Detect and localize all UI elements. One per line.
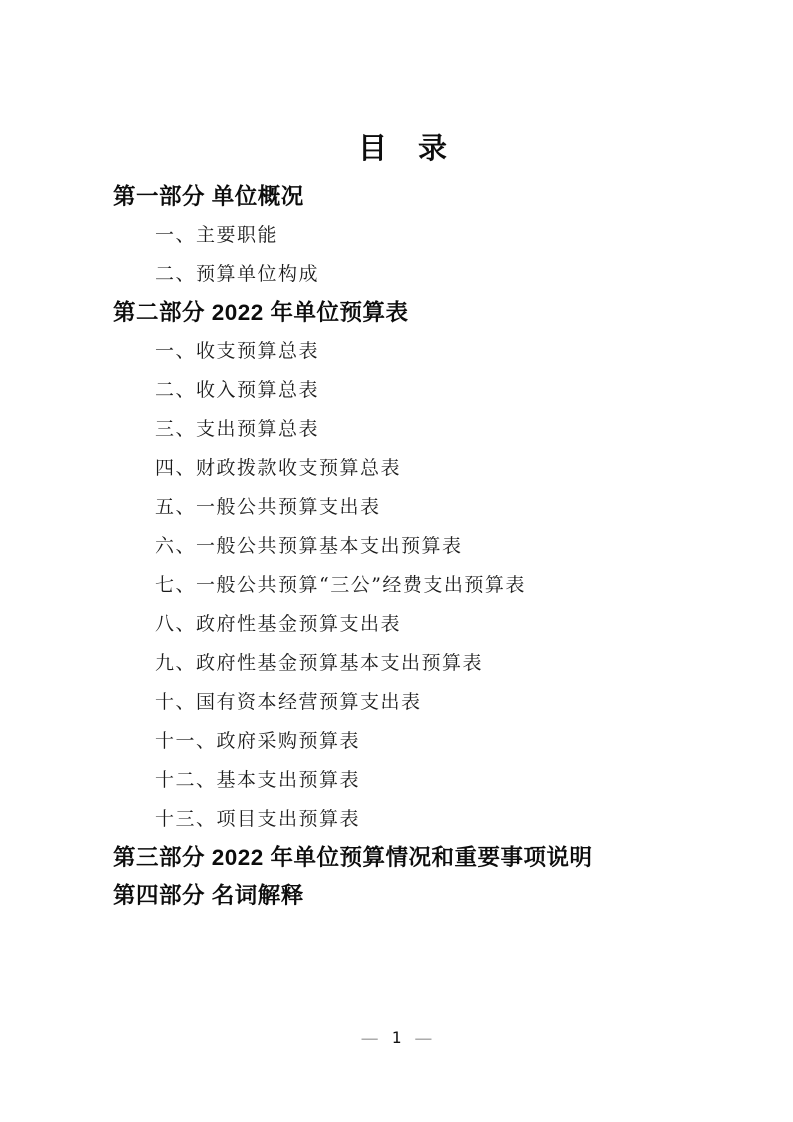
toc-item-part2-7: 七、一般公共预算“三公”经费支出预算表 [113,566,693,605]
toc-item-part2-12: 十二、基本支出预算表 [113,761,693,800]
toc-item-part2-5: 五、一般公共预算支出表 [113,488,693,527]
page-number: 1 [392,1028,402,1047]
toc-item-part1-2: 二、预算单位构成 [113,255,693,294]
page-footer: — 1 — [0,1028,793,1049]
part-4-heading: 第四部分 名词解释 [113,877,693,915]
part-3-heading: 第三部分 2022 年单位预算情况和重要事项说明 [113,839,693,877]
toc-item-part2-3: 三、支出预算总表 [113,410,693,449]
toc-item-part2-1: 一、收支预算总表 [113,332,693,371]
toc-item-part2-9: 九、政府性基金预算基本支出预算表 [113,644,693,683]
toc-item-part2-6: 六、一般公共预算基本支出预算表 [113,527,693,566]
toc-item-part2-10: 十、国有资本经营预算支出表 [113,683,693,722]
footer-left-dash: — [362,1030,378,1047]
toc-item-part2-8: 八、政府性基金预算支出表 [113,605,693,644]
table-of-contents: 目 录 第一部分 单位概况 一、主要职能 二、预算单位构成 第二部分 2022 … [113,0,693,915]
document-page: 目 录 第一部分 单位概况 一、主要职能 二、预算单位构成 第二部分 2022 … [0,0,793,1122]
toc-item-part2-13: 十三、项目支出预算表 [113,800,693,839]
toc-item-part2-11: 十一、政府采购预算表 [113,722,693,761]
part-2-heading: 第二部分 2022 年单位预算表 [113,294,693,332]
footer-right-dash: — [415,1030,431,1047]
toc-item-part2-2: 二、收入预算总表 [113,371,693,410]
part-1-heading: 第一部分 单位概况 [113,178,693,216]
toc-item-part1-1: 一、主要职能 [113,216,693,255]
page-title: 目 录 [113,130,693,168]
toc-item-part2-4: 四、财政拨款收支预算总表 [113,449,693,488]
